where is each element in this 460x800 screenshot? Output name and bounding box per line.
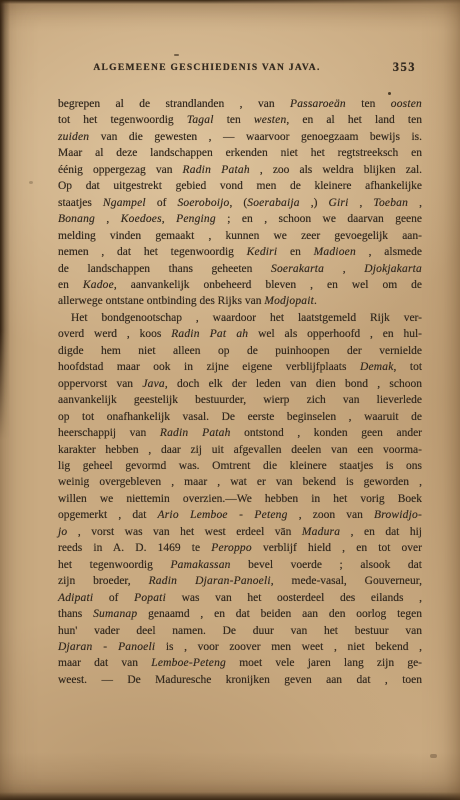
text-line: karakter hebben , daar zij uit afgevalle…: [58, 442, 422, 458]
text-line: overd werd , koos Radin Pat ah wel als o…: [58, 326, 422, 342]
text-line: hoofdstad maar ook in zijne eigene verbl…: [58, 359, 422, 375]
paper-speck: [430, 754, 437, 758]
book-page-scan: ALGEMEENE GESCHIEDENIS VAN JAVA. 353 beg…: [0, 0, 460, 800]
text-line: heerschappij van Radin Patah ontstond , …: [58, 425, 422, 441]
text-line: Adipati of Popati was van het oosterdeel…: [58, 590, 422, 606]
text-line: thans Sumanap genaamd , en dat beiden aa…: [58, 606, 422, 622]
paragraph: Het bondgenootschap , waardoor het laats…: [58, 310, 422, 688]
page-top-edge-shadow: [0, 0, 460, 4]
running-title: ALGEMEENE GESCHIEDENIS VAN JAVA.: [93, 63, 320, 73]
text-line: zuiden van die gewesten , — waarvoor gen…: [58, 129, 422, 145]
text-line: melding vinden gemaakt , kunnen we zeer …: [58, 228, 422, 244]
text-line: opgemerkt , dat Ario Lemboe - Peteng , z…: [58, 507, 422, 523]
text-line: digde hem niet alleen op de puinhoopen d…: [58, 343, 422, 359]
text-line: de landschappen thans geheeten Soerakart…: [58, 261, 422, 277]
paper-speck: [174, 54, 179, 56]
text-line: het tegenwoordig Pamakassan bevel voerde…: [58, 557, 422, 573]
paragraph: begrepen al de strandlanden , van Passar…: [58, 96, 422, 310]
text-line: nemen , dat het tegenwoordig Kediri en M…: [58, 244, 422, 260]
text-line: staatjes Ngampel of Soeroboijo, (Soeraba…: [58, 195, 422, 211]
text-line: en Kadoe, aanvankelijk onbeheerd bleven …: [58, 277, 422, 293]
text-line: Bonang , Koedoes, Penging ; en , schoon …: [58, 211, 422, 227]
page-left-edge-shadow: [0, 0, 10, 440]
text-line: weinig overgebleven , maar , wat er van …: [58, 474, 422, 490]
text-line: aanvankelijk geestelijk bestuurder, wier…: [58, 392, 422, 408]
text-line: weest. — De Maduresche kronijken geven a…: [58, 672, 422, 688]
text-line: Djaran - Panoeli is , voor zoover men we…: [58, 639, 422, 655]
text-line: tot het tegenwoordig Tagal ten westen, e…: [58, 112, 422, 128]
page-number: 353: [393, 60, 416, 75]
text-line: jo , vorst was van het west erdeel vān M…: [58, 524, 422, 540]
text-line: lig geheel gevormd was. Omtrent die klei…: [58, 458, 422, 474]
text-line: allerwege ontstane ontbinding des Rijks …: [58, 293, 422, 309]
paper-speck: [388, 92, 391, 95]
text-line: Maar al deze landschappen erkenden niet …: [58, 145, 422, 161]
paper-speck: [29, 181, 33, 184]
text-line: op tot onafhankelijk vasal. De eerste be…: [58, 409, 422, 425]
text-line: maar dat van Lemboe-Peteng moet vele jar…: [58, 655, 422, 671]
text-line: zijn broeder, Radin Djaran-Panoeli, mede…: [58, 573, 422, 589]
text-line: hun' vader deel namen. De duur van het b…: [58, 623, 422, 639]
text-line: begrepen al de strandlanden , van Passar…: [58, 96, 422, 112]
page-header: ALGEMEENE GESCHIEDENIS VAN JAVA. 353: [58, 60, 422, 76]
text-line: Het bondgenootschap , waardoor het laats…: [58, 310, 422, 326]
page-bottom-edge-shadow: [0, 792, 460, 800]
page-body: begrepen al de strandlanden , van Passar…: [58, 96, 422, 688]
text-line: Op dat uitgestrekt gebied vond men de kl…: [58, 178, 422, 194]
text-line: reeds in A. D. 1469 te Peroppo verblijf …: [58, 540, 422, 556]
text-line: oppervorst van Java, doch elk der leden …: [58, 376, 422, 392]
text-line: willen we niettemin overzien.—We hebben …: [58, 491, 422, 507]
text-line: éénig oppergezag van Radin Patah , zoo a…: [58, 162, 422, 178]
